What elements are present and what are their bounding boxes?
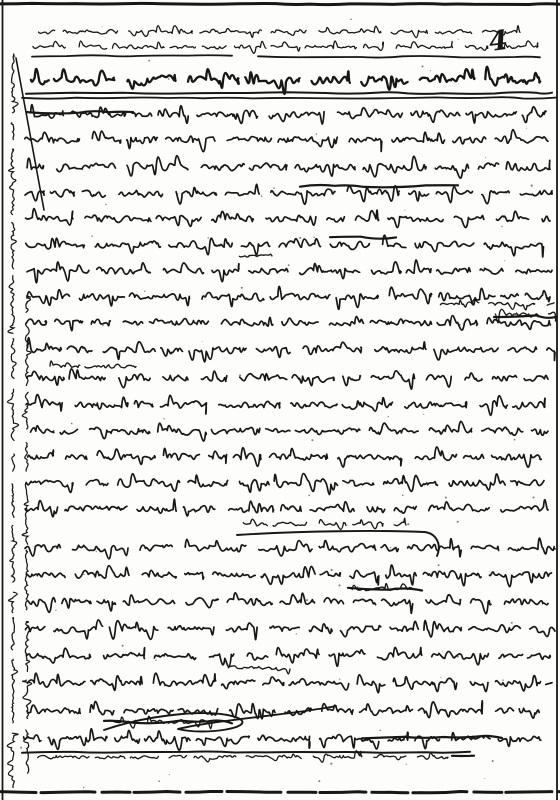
scan-speck — [492, 760, 494, 762]
hand-rule — [32, 55, 232, 56]
scan-speck — [201, 116, 202, 117]
margin-note-vertical — [7, 54, 18, 788]
handwriting-line — [26, 235, 544, 257]
handwriting-line — [25, 130, 548, 152]
frame-border-top — [0, 3, 560, 4]
handwriting-line — [26, 395, 545, 416]
scan-speck — [406, 764, 407, 765]
handwriting-line — [31, 421, 549, 441]
scan-speck — [306, 599, 308, 601]
scan-speck — [502, 679, 504, 681]
scan-speck — [331, 569, 333, 571]
scan-speck — [311, 439, 313, 441]
scan-speck — [440, 677, 441, 678]
scan-speck — [102, 26, 103, 27]
handwriting-line — [26, 316, 550, 331]
handwriting-line — [25, 620, 555, 640]
scan-speck — [273, 187, 275, 189]
scan-speck — [207, 237, 209, 239]
scan-speck — [404, 210, 405, 211]
scan-speck — [122, 645, 124, 647]
scan-speck — [526, 128, 527, 129]
strikethrough — [27, 111, 133, 113]
hand-rule — [26, 92, 552, 94]
scan-speck — [438, 564, 440, 566]
handwriting-line — [25, 184, 552, 204]
handwriting-line — [28, 593, 549, 614]
page-number: 4 — [487, 25, 507, 58]
manuscript-page: 4 — [0, 0, 560, 800]
handwriting-line — [39, 26, 521, 38]
scan-speck — [504, 260, 505, 261]
scan-speck — [55, 609, 56, 610]
scan-speck — [407, 523, 409, 525]
margin-note-vertical — [22, 296, 32, 773]
scan-speck — [202, 341, 203, 342]
scan-speck — [299, 237, 301, 239]
scan-speck — [458, 39, 459, 40]
margin-handwriting-line — [22, 296, 32, 773]
hand-rule — [22, 751, 470, 752]
scan-speck — [96, 551, 97, 552]
margin-handwriting-line — [7, 54, 18, 788]
scan-speck — [316, 133, 317, 134]
handwriting-line — [27, 156, 550, 178]
handwriting-line — [27, 369, 548, 389]
scan-speck — [390, 547, 391, 548]
scan-speck — [105, 204, 106, 205]
handwriting-line — [24, 729, 541, 750]
scan-speck — [239, 374, 241, 376]
interlinear-insert — [243, 518, 406, 529]
scan-speck — [485, 157, 486, 158]
scan-speck — [350, 18, 352, 20]
scan-speck — [168, 78, 170, 80]
scan-speck — [402, 494, 404, 496]
handwriting-line — [27, 565, 552, 587]
scan-speck — [91, 235, 93, 237]
scan-speck — [148, 60, 150, 62]
scan-speck — [457, 521, 459, 523]
scan-speck — [169, 774, 170, 775]
scan-speck — [445, 497, 447, 499]
scan-speck — [514, 439, 516, 441]
scan-speck — [163, 418, 164, 419]
scan-speck — [339, 678, 340, 679]
scan-speck — [71, 423, 73, 425]
scan-speck — [241, 287, 243, 289]
hand-rule — [22, 97, 557, 98]
scan-speck — [532, 496, 534, 498]
scan-speck — [379, 730, 381, 732]
scan-speck — [296, 633, 297, 634]
scan-speck — [338, 584, 340, 586]
scan-speck — [144, 291, 145, 292]
scan-speck — [318, 780, 320, 782]
scan-speck — [484, 778, 485, 779]
scan-speck — [388, 416, 389, 417]
handwriting-line — [31, 67, 540, 94]
interlinear-insert — [50, 361, 136, 368]
scan-speck — [330, 763, 332, 765]
manuscript-scan — [0, 0, 560, 800]
handwriting-line — [27, 474, 544, 495]
handwriting-line — [27, 338, 555, 362]
handwriting-line — [33, 41, 538, 53]
strikethrough — [494, 315, 556, 317]
handwriting-line — [27, 673, 552, 693]
scan-speck — [421, 65, 423, 67]
handwriting-line — [27, 260, 552, 283]
scan-speck — [158, 780, 160, 782]
scan-speck — [511, 622, 513, 624]
scan-speck — [155, 659, 156, 660]
scan-speck — [430, 70, 431, 71]
handwriting-line — [28, 447, 542, 467]
handwriting-line — [26, 647, 550, 666]
scan-speck — [83, 574, 84, 575]
handwriting-line — [27, 286, 550, 309]
scan-speck — [261, 195, 263, 197]
scan-speck — [501, 226, 503, 228]
handwriting-line — [27, 701, 539, 719]
handwriting-line — [25, 499, 548, 517]
scan-speck — [308, 495, 310, 497]
handwriting-line — [31, 105, 546, 124]
insert-underline-hook — [237, 531, 439, 556]
interlinear-insert — [228, 666, 290, 674]
strikethrough — [300, 185, 458, 187]
scan-speck — [102, 325, 104, 327]
scan-speck — [288, 264, 290, 266]
scan-speck — [313, 237, 315, 239]
scan-speck — [531, 185, 533, 187]
interlinear-insert — [440, 299, 554, 310]
scan-speck — [423, 414, 424, 415]
handwriting-line — [26, 209, 550, 228]
scan-speck — [83, 787, 85, 789]
handwriting-line — [25, 538, 555, 559]
frame-border-bottom — [0, 791, 560, 792]
scan-speck — [20, 747, 22, 749]
